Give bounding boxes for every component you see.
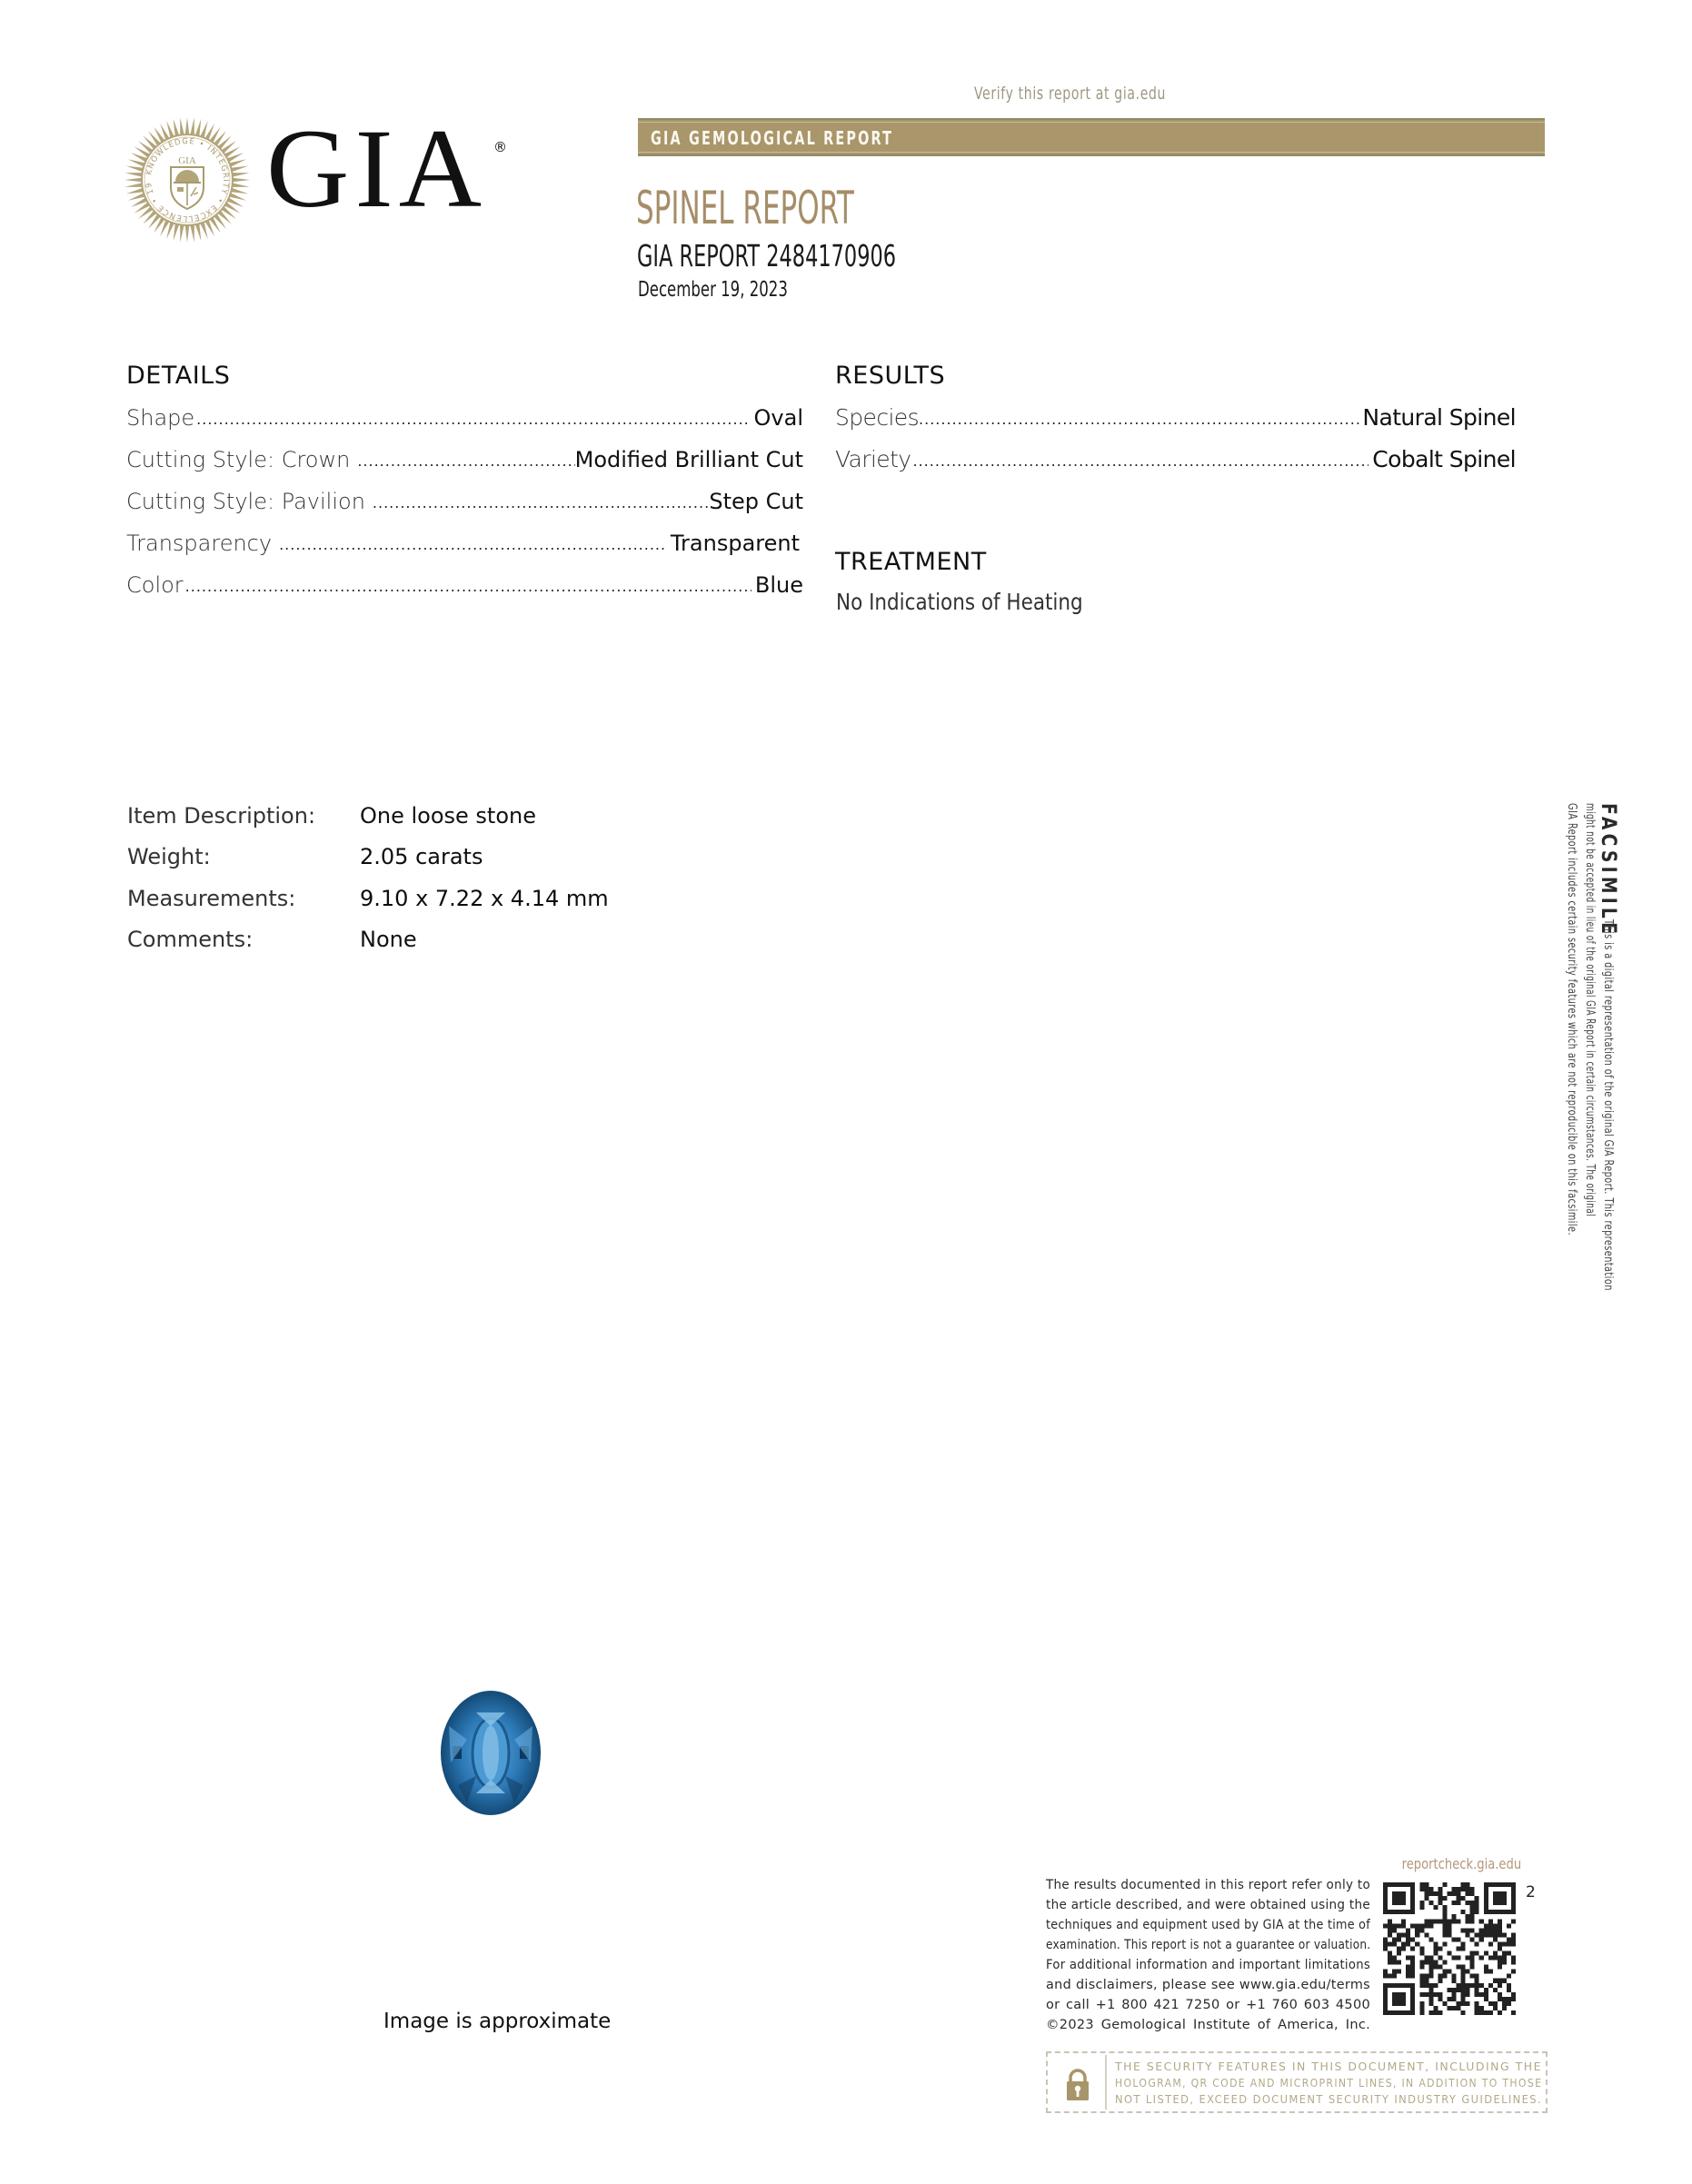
details-row-transparency: Transparency ...........................… (126, 528, 800, 559)
measurements-value: 9.10 x 7.22 x 4.14 mm (360, 886, 609, 911)
disclaimer-line: examination. This report is not a guaran… (1046, 1935, 1370, 1955)
page-number: 2 (1526, 1883, 1536, 1901)
reportcheck-link[interactable]: reportcheck.gia.edu (1402, 1855, 1507, 1872)
facsimile-line-1: This is a digital representation of the … (1601, 919, 1616, 1291)
report-type-title: SPINEL REPORT (636, 182, 854, 234)
facsimile-title: FACSIMILE (1597, 803, 1619, 938)
security-line: NOT LISTED, EXCEED DOCUMENT SECURITY IND… (1115, 2091, 1542, 2108)
security-line: THE SECURITY FEATURES IN THIS DOCUMENT, … (1115, 2059, 1542, 2075)
gem-image (440, 1690, 542, 1816)
row-value: Oval (754, 402, 803, 433)
disclaimer-text: The results documented in this report re… (1046, 1875, 1370, 2035)
disclaimer-line: The results documented in this report re… (1046, 1875, 1370, 1895)
row-value: Cobalt Spinel (1372, 444, 1516, 475)
security-text: THE SECURITY FEATURES IN THIS DOCUMENT, … (1115, 2059, 1542, 2108)
row-label: Cutting Style: Crown (126, 444, 350, 475)
qr-code[interactable] (1383, 1879, 1516, 2019)
report-header-bar: GIA GEMOLOGICAL REPORT (638, 118, 1545, 156)
facsimile-line-2: might not be accepted in lieu of the ori… (1583, 803, 1597, 1216)
item-description-value: One loose stone (360, 803, 536, 829)
disclaimer-line: techniques and equipment used by GIA at … (1046, 1915, 1370, 1935)
details-row-color: Color ..................................… (126, 570, 803, 601)
row-value: Modified Brilliant Cut (575, 444, 803, 475)
report-number: GIA REPORT 2484170906 (637, 238, 896, 273)
results-heading: RESULTS (835, 362, 945, 390)
facsimile-line-3: GIA Report includes certain security fea… (1565, 803, 1579, 1236)
gia-seal-logo: KNOWLEDGE • INTEGRITY • EXCELLENCE • 193… (124, 116, 251, 243)
report-header-label: GIA GEMOLOGICAL REPORT (651, 127, 893, 149)
results-row-species: Species ................................… (835, 402, 1516, 433)
details-heading: DETAILS (126, 362, 230, 390)
disclaimer-line: or call +1 800 421 7250 or +1 760 603 45… (1046, 1995, 1370, 2015)
row-label: Color (126, 570, 184, 601)
facsimile-notice: FACSIMILE This is a digital representati… (1556, 803, 1619, 1385)
row-label: Species (835, 402, 919, 433)
registered-mark: ® (493, 139, 507, 155)
security-line: HOLOGRAM, QR CODE AND MICROPRINT LINES, … (1115, 2075, 1542, 2091)
report-date: December 19, 2023 (638, 278, 788, 302)
dot-leader: ........................................… (357, 448, 574, 475)
security-notice: THE SECURITY FEATURES IN THIS DOCUMENT, … (1046, 2051, 1548, 2113)
results-row-variety: Variety ................................… (835, 444, 1516, 475)
row-value: Blue (755, 570, 803, 601)
comments-label: Comments: (127, 927, 253, 952)
details-row-cutting-pavilion: Cutting Style: Pavilion ................… (126, 486, 803, 517)
dot-leader: ........................................… (185, 573, 751, 601)
svg-text:GIA: GIA (178, 155, 196, 166)
weight-value: 2.05 carats (360, 844, 483, 869)
dot-leader: ........................................… (373, 490, 709, 517)
row-label: Transparency (126, 528, 272, 559)
row-label: Shape (126, 402, 194, 433)
image-caption: Image is approximate (383, 2010, 611, 2033)
comments-value: None (360, 927, 417, 952)
details-row-shape: Shape ..................................… (126, 402, 803, 433)
dot-leader: ........................................… (279, 531, 667, 559)
row-label: Cutting Style: Pavilion (126, 486, 365, 517)
item-description-label: Item Description: (127, 803, 315, 829)
row-value: Natural Spinel (1362, 402, 1516, 433)
disclaimer-line: the article described, and were obtained… (1046, 1895, 1370, 1915)
verify-link[interactable]: Verify this report at gia.edu (974, 84, 1169, 104)
dot-leader: ........................................… (912, 448, 1369, 475)
disclaimer-line: and disclaimers, please see www.gia.edu/… (1046, 1975, 1370, 1995)
row-value: Step Cut (709, 486, 803, 517)
treatment-value: No Indications of Heating (836, 589, 1083, 615)
measurements-label: Measurements: (127, 886, 295, 911)
disclaimer-line: For additional information and important… (1046, 1955, 1370, 1975)
dot-leader: ........................................… (196, 406, 750, 433)
lock-icon (1064, 2069, 1091, 2101)
row-label: Variety (835, 444, 911, 475)
row-value: Transparent (671, 528, 800, 559)
details-row-cutting-crown: Cutting Style: Crown ...................… (126, 444, 803, 475)
disclaimer-line: ©2023 Gemological Institute of America, … (1046, 2015, 1370, 2035)
gia-wordmark: GIA (266, 113, 487, 225)
treatment-heading: TREATMENT (835, 548, 987, 576)
dot-leader: ........................................… (919, 406, 1362, 433)
weight-label: Weight: (127, 844, 211, 869)
security-divider (1105, 2055, 1107, 2110)
